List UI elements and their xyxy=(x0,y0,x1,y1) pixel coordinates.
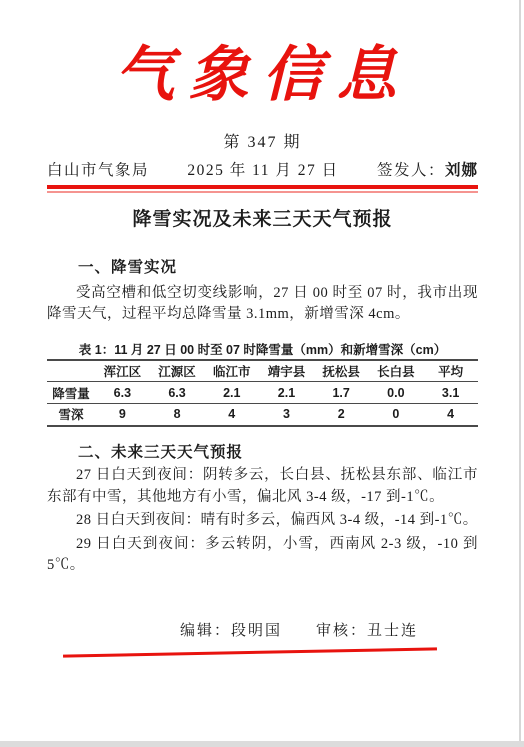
snowfall-paragraph: 受高空槽和低空切变线影响，27 日 00 时至 07 时，我市出现降雪天气，过程… xyxy=(47,283,478,326)
table-cell: 2 xyxy=(314,404,369,426)
table-cell: 4 xyxy=(204,404,259,426)
forecast-paragraph-day29: 29 日白天到夜间：多云转阴，小雪，西南风 2-3 级，-10 到 5℃。 xyxy=(47,534,478,577)
table-corner-cell xyxy=(47,360,95,382)
snowfall-table: 浑江区 江源区 临江市 靖宇县 抚松县 长白县 平均 降雪量 6.3 6.3 2… xyxy=(47,359,478,427)
scan-edge-bottom xyxy=(0,741,524,747)
table-cell: 6.3 xyxy=(95,382,150,404)
table-cell: 3 xyxy=(259,404,314,426)
table-cell: 0 xyxy=(369,404,424,426)
table-cell: 3.1 xyxy=(423,382,478,404)
table-row-snowfall: 降雪量 6.3 6.3 2.1 2.1 1.7 0.0 3.1 xyxy=(47,382,478,404)
footer-rule xyxy=(63,647,437,657)
col-header-average: 平均 xyxy=(423,360,478,382)
editor-credits: 编辑：段明国 审核：丑士连 xyxy=(47,621,478,642)
table-cell: 9 xyxy=(95,404,150,426)
forecast-paragraph-day27: 27 日白天到夜间：阴转多云，长白县、抚松县东部、临江市东部有中雪，其他地方有小… xyxy=(47,465,478,508)
section-forecast-heading: 二、未来三天天气预报 xyxy=(47,442,478,464)
signer-name: 刘娜 xyxy=(445,162,478,179)
table-cell: 1.7 xyxy=(314,382,369,404)
signer-label: 签发人： xyxy=(377,162,445,179)
table-header-row: 浑江区 江源区 临江市 靖宇县 抚松县 长白县 平均 xyxy=(47,360,478,382)
col-header-changbai: 长白县 xyxy=(369,360,424,382)
col-header-hunjiang: 浑江区 xyxy=(95,360,150,382)
signer: 签发人：刘娜 xyxy=(377,160,478,182)
header-rule-thin xyxy=(47,191,478,193)
table-caption: 表 1：11 月 27 日 00 时至 07 时降雪量（mm）和新增雪深（cm） xyxy=(47,342,478,359)
masthead-title: 气象信息 xyxy=(47,30,478,120)
issue-number: 第 347 期 xyxy=(47,132,478,154)
table-cell: 0.0 xyxy=(369,382,424,404)
table-cell: 8 xyxy=(150,404,205,426)
table-cell: 4 xyxy=(423,404,478,426)
agency-name: 白山市气象局 xyxy=(47,160,149,182)
row-label-snowfall: 降雪量 xyxy=(47,382,95,404)
section-snowfall-heading: 一、降雪实况 xyxy=(47,257,478,279)
table-cell: 2.1 xyxy=(259,382,314,404)
col-header-jiangyuan: 江源区 xyxy=(150,360,205,382)
document-headline: 降雪实况及未来三天天气预报 xyxy=(47,207,478,233)
col-header-jingyu: 靖宇县 xyxy=(259,360,314,382)
col-header-linjiang: 临江市 xyxy=(204,360,259,382)
table-cell: 2.1 xyxy=(204,382,259,404)
scan-edge-right xyxy=(519,0,521,742)
document-body: 气象信息 第 347 期 白山市气象局 2025 年 11 月 27 日 签发人… xyxy=(0,30,524,653)
header-rule-thick xyxy=(47,185,478,189)
issuer-row: 白山市气象局 2025 年 11 月 27 日 签发人：刘娜 xyxy=(47,160,478,182)
issue-date: 2025 年 11 月 27 日 xyxy=(187,160,338,182)
weather-bulletin-page: { "masthead": { "title": "气象信息", "issue_… xyxy=(0,0,524,747)
table-cell: 6.3 xyxy=(150,382,205,404)
row-label-snowdepth: 雪深 xyxy=(47,404,95,426)
table-row-snowdepth: 雪深 9 8 4 3 2 0 4 xyxy=(47,404,478,426)
forecast-paragraph-day28: 28 日白天到夜间：晴有时多云，偏西风 3-4 级，-14 到-1℃。 xyxy=(47,510,478,532)
col-header-fusong: 抚松县 xyxy=(314,360,369,382)
